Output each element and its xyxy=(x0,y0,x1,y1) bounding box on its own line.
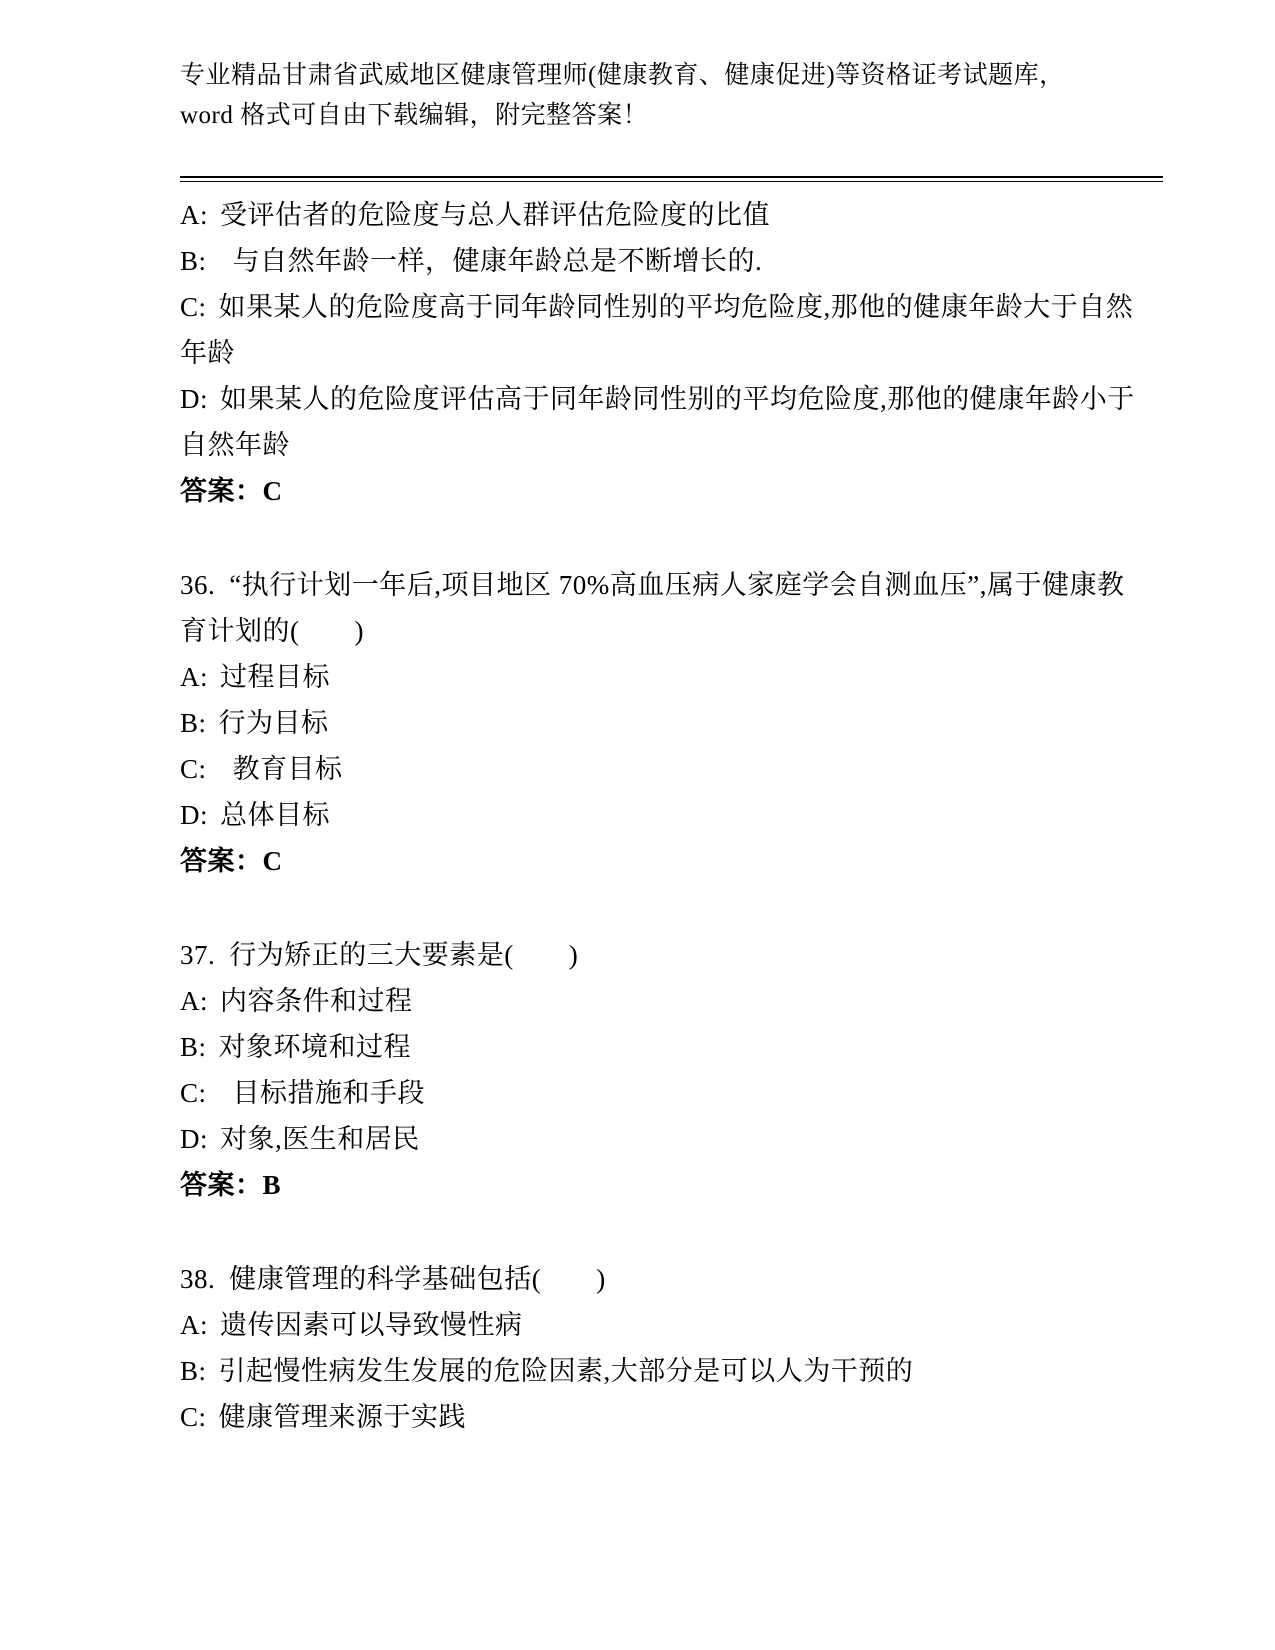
option-text: 内容条件和过程 xyxy=(220,986,413,1016)
question-number: 38. xyxy=(180,1264,215,1294)
option-text: 受评估者的危险度与总人群评估危险度的比值 xyxy=(220,200,770,230)
option-label: B: xyxy=(180,246,207,276)
option-line: A:内容条件和过程 xyxy=(180,978,1143,1024)
option-text: 遗传因素可以导致慢性病 xyxy=(220,1310,523,1340)
option-label: C: xyxy=(180,754,207,784)
document-page: 专业精品甘肃省武威地区健康管理师(健康教育、健康促进)等资格证考试题库， wor… xyxy=(0,0,1275,1650)
option-line: D:如果某人的危险度评估高于同年龄同性别的平均危险度,那他的健康年龄小于自然年龄 xyxy=(180,376,1143,468)
option-line: C: 目标措施和手段 xyxy=(180,1070,1143,1116)
page-header: 专业精品甘肃省武威地区健康管理师(健康教育、健康促进)等资格证考试题库， wor… xyxy=(180,56,1163,136)
option-line: B: 与自然年龄一样，健康年龄总是不断增长的. xyxy=(180,238,1143,284)
option-text: 对象,医生和居民 xyxy=(220,1124,420,1154)
option-text: 对象环境和过程 xyxy=(219,1032,412,1062)
option-label: D: xyxy=(180,384,208,414)
answer-value: C xyxy=(263,476,283,506)
answer-line: 答案：C xyxy=(180,468,1143,514)
option-line: A:遗传因素可以导致慢性病 xyxy=(180,1302,1143,1348)
answer-label: 答案： xyxy=(180,476,263,506)
option-line: B:行为目标 xyxy=(180,700,1143,746)
option-label: A: xyxy=(180,1310,208,1340)
option-text: 过程目标 xyxy=(220,662,330,692)
option-text: 如果某人的危险度评估高于同年龄同性别的平均危险度,那他的健康年龄小于自然年龄 xyxy=(180,384,1135,460)
answer-line: 答案：B xyxy=(180,1162,1143,1208)
option-line: D:对象,医生和居民 xyxy=(180,1116,1143,1162)
option-line: A:受评估者的危险度与总人群评估危险度的比值 xyxy=(180,192,1143,238)
question-text: “执行计划一年后,项目地区 70%高血压病人家庭学会自测血压”,属于健康教育计划… xyxy=(180,570,1124,646)
header-divider xyxy=(180,176,1163,182)
option-label: B: xyxy=(180,708,207,738)
option-line: D:总体目标 xyxy=(180,792,1143,838)
option-label: B: xyxy=(180,1032,207,1062)
header-line-2: word 格式可自由下载编辑，附完整答案！ xyxy=(180,96,1163,136)
option-text: 如果某人的危险度高于同年龄同性别的平均危险度,那他的健康年龄大于自然年龄 xyxy=(180,292,1133,368)
option-text: 教育目标 xyxy=(219,754,343,784)
option-label: C: xyxy=(180,1078,207,1108)
question-block: 37.行为矫正的三大要素是( ) A:内容条件和过程 B:对象环境和过程 C: … xyxy=(180,932,1143,1208)
option-label: A: xyxy=(180,200,208,230)
option-text: 健康管理来源于实践 xyxy=(219,1402,467,1432)
question-number: 36. xyxy=(180,570,215,600)
option-line: A:过程目标 xyxy=(180,654,1143,700)
option-label: A: xyxy=(180,986,208,1016)
answer-value: C xyxy=(263,846,283,876)
option-text: 引起慢性病发生发展的危险因素,大部分是可以人为干预的 xyxy=(219,1356,914,1386)
question-stem: 37.行为矫正的三大要素是( ) xyxy=(180,932,1143,978)
option-line: C: 教育目标 xyxy=(180,746,1143,792)
answer-label: 答案： xyxy=(180,846,263,876)
option-text: 行为目标 xyxy=(219,708,329,738)
answer-line: 答案：C xyxy=(180,838,1143,884)
option-line: B:对象环境和过程 xyxy=(180,1024,1143,1070)
question-number: 37. xyxy=(180,940,215,970)
question-block: 36.“执行计划一年后,项目地区 70%高血压病人家庭学会自测血压”,属于健康教… xyxy=(180,562,1143,884)
question-block: A:受评估者的危险度与总人群评估危险度的比值 B: 与自然年龄一样，健康年龄总是… xyxy=(180,192,1143,514)
question-stem: 38.健康管理的科学基础包括( ) xyxy=(180,1256,1143,1302)
question-text: 健康管理的科学基础包括( ) xyxy=(229,1264,605,1294)
option-label: C: xyxy=(180,1402,207,1432)
question-stem: 36.“执行计划一年后,项目地区 70%高血压病人家庭学会自测血压”,属于健康教… xyxy=(180,562,1143,654)
option-label: A: xyxy=(180,662,208,692)
answer-label: 答案： xyxy=(180,1170,263,1200)
option-label: B: xyxy=(180,1356,207,1386)
option-line: C:健康管理来源于实践 xyxy=(180,1394,1143,1440)
answer-value: B xyxy=(263,1170,282,1200)
question-text: 行为矫正的三大要素是( ) xyxy=(229,940,578,970)
option-label: D: xyxy=(180,1124,208,1154)
option-text: 总体目标 xyxy=(220,800,330,830)
page-content: 专业精品甘肃省武威地区健康管理师(健康教育、健康促进)等资格证考试题库， wor… xyxy=(0,0,1275,1440)
option-line: C:如果某人的危险度高于同年龄同性别的平均危险度,那他的健康年龄大于自然年龄 xyxy=(180,284,1143,376)
option-text: 目标措施和手段 xyxy=(219,1078,426,1108)
header-line-1: 专业精品甘肃省武威地区健康管理师(健康教育、健康促进)等资格证考试题库， xyxy=(180,56,1163,96)
question-block: 38.健康管理的科学基础包括( ) A:遗传因素可以导致慢性病 B:引起慢性病发… xyxy=(180,1256,1143,1440)
option-line: B:引起慢性病发生发展的危险因素,大部分是可以人为干预的 xyxy=(180,1348,1143,1394)
option-label: D: xyxy=(180,800,208,830)
option-text: 与自然年龄一样，健康年龄总是不断增长的. xyxy=(219,246,763,276)
question-list: A:受评估者的危险度与总人群评估危险度的比值 B: 与自然年龄一样，健康年龄总是… xyxy=(180,192,1143,1440)
option-label: C: xyxy=(180,292,207,322)
